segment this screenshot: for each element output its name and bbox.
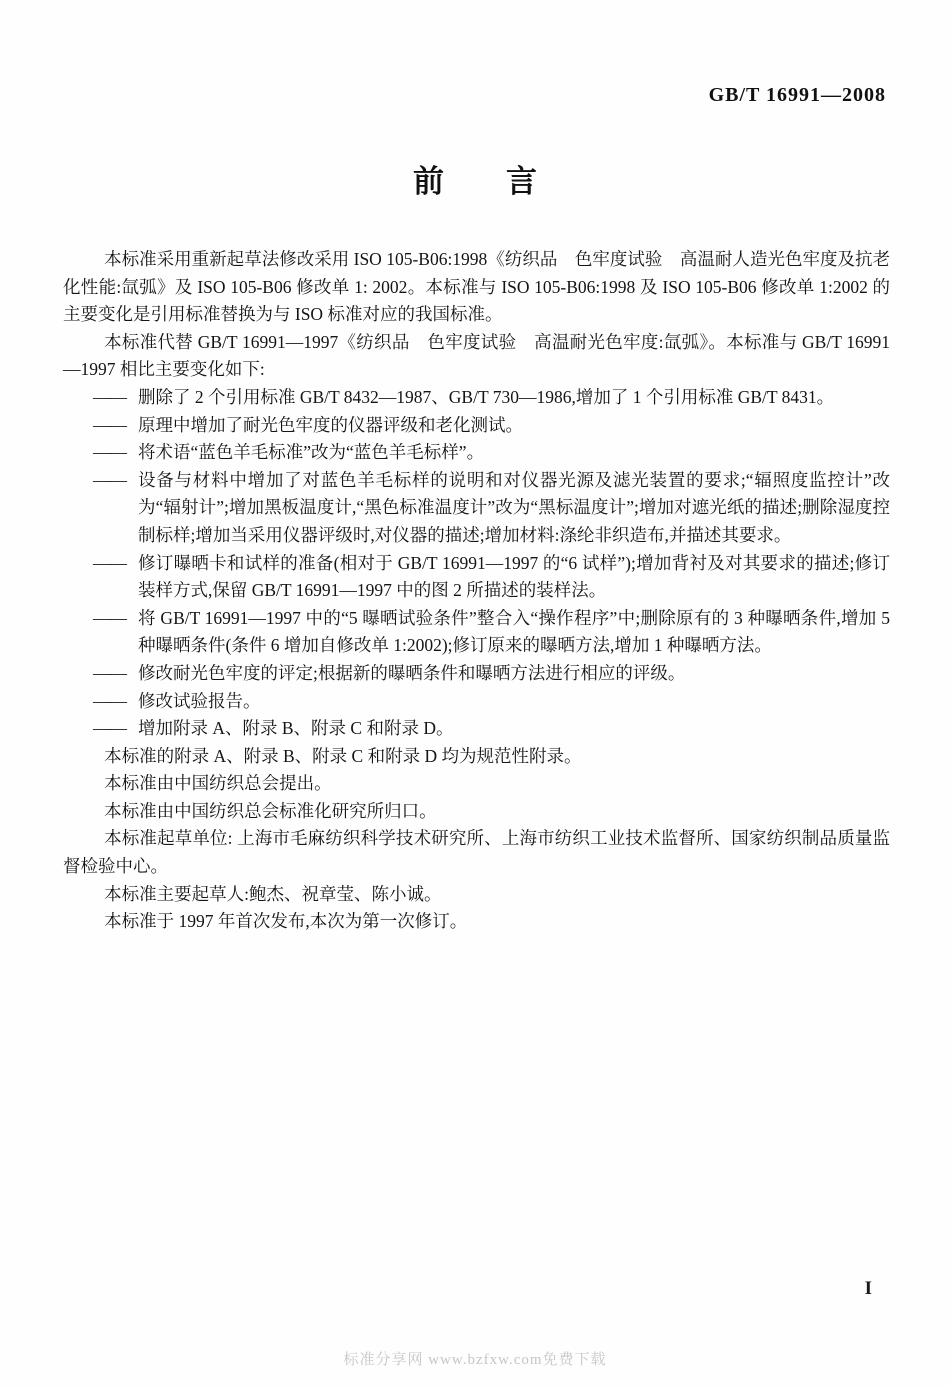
paragraph: 本标准起草单位: 上海市毛麻纺织科学技术研究所、上海市纺织工业技术监督所、国家纺…: [63, 825, 890, 880]
paragraph: 本标准于 1997 年首次发布,本次为第一次修订。: [63, 908, 890, 936]
list-item: ——设备与材料中增加了对蓝色羊毛标样的说明和对仪器光源及滤光装置的要求;“辐照度…: [63, 467, 890, 550]
document-body: 本标准采用重新起草法修改采用 ISO 105-B06:1998《纺织品 色牢度试…: [63, 246, 890, 936]
list-item-text: 设备与材料中增加了对蓝色羊毛标样的说明和对仪器光源及滤光装置的要求;“辐照度监控…: [138, 470, 890, 545]
dash-marker: ——: [93, 467, 126, 495]
list-item-text: 原理中增加了耐光色牢度的仪器评级和老化测试。: [138, 415, 523, 435]
watermark-text: 标准分享网 www.bzfxw.com免费下载: [0, 1348, 950, 1369]
dash-marker: ——: [93, 550, 126, 578]
paragraph: 本标准采用重新起草法修改采用 ISO 105-B06:1998《纺织品 色牢度试…: [63, 246, 890, 329]
dash-marker: ——: [93, 412, 126, 440]
dash-marker: ——: [93, 439, 126, 467]
list-item-text: 将术语“蓝色羊毛标准”改为“蓝色羊毛标样”。: [138, 442, 484, 462]
dash-marker: ——: [93, 384, 126, 412]
list-item: ——原理中增加了耐光色牢度的仪器评级和老化测试。: [63, 412, 890, 440]
list-item-text: 将 GB/T 16991—1997 中的“5 曝晒试验条件”整合入“操作程序”中…: [138, 608, 890, 656]
dash-marker: ——: [93, 605, 126, 633]
list-item-text: 修改耐光色牢度的评定;根据新的曝晒条件和曝晒方法进行相应的评级。: [138, 663, 685, 683]
paragraph: 本标准由中国纺织总会标准化研究所归口。: [63, 798, 890, 826]
list-item: ——修改试验报告。: [63, 688, 890, 716]
dash-marker: ——: [93, 715, 126, 743]
dash-marker: ——: [93, 688, 126, 716]
page-number: I: [865, 1278, 872, 1300]
page-title: 前 言: [0, 156, 950, 201]
list-item-text: 增加附录 A、附录 B、附录 C 和附录 D。: [138, 718, 454, 738]
paragraph: 本标准代替 GB/T 16991—1997《纺织品 色牢度试验 高温耐光色牢度:…: [63, 329, 890, 384]
list-item-text: 修订曝晒卡和试样的准备(相对于 GB/T 16991—1997 的“6 试样”)…: [138, 553, 890, 601]
paragraph: 本标准的附录 A、附录 B、附录 C 和附录 D 均为规范性附录。: [63, 743, 890, 771]
list-item: ——将 GB/T 16991—1997 中的“5 曝晒试验条件”整合入“操作程序…: [63, 605, 890, 660]
list-item: ——增加附录 A、附录 B、附录 C 和附录 D。: [63, 715, 890, 743]
paragraph: 本标准主要起草人:鲍杰、祝章莹、陈小诚。: [63, 881, 890, 909]
dash-marker: ——: [93, 660, 126, 688]
document-page: GB/T 16991—2008 前 言 本标准采用重新起草法修改采用 ISO 1…: [0, 0, 950, 1388]
standard-code: GB/T 16991—2008: [709, 84, 886, 107]
list-item: ——删除了 2 个引用标准 GB/T 8432—1987、GB/T 730—19…: [63, 384, 890, 412]
list-item: ——将术语“蓝色羊毛标准”改为“蓝色羊毛标样”。: [63, 439, 890, 467]
list-item: ——修订曝晒卡和试样的准备(相对于 GB/T 16991—1997 的“6 试样…: [63, 550, 890, 605]
list-item-text: 删除了 2 个引用标准 GB/T 8432—1987、GB/T 730—1986…: [138, 387, 834, 407]
paragraph: 本标准由中国纺织总会提出。: [63, 770, 890, 798]
list-item-text: 修改试验报告。: [138, 691, 261, 711]
list-item: ——修改耐光色牢度的评定;根据新的曝晒条件和曝晒方法进行相应的评级。: [63, 660, 890, 688]
